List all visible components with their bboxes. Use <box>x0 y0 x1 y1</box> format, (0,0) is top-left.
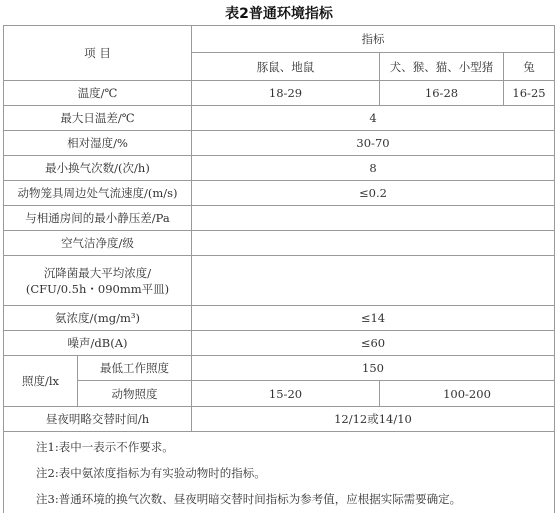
table-row-noise: 噪声/dB(A) ≤60 <box>4 331 555 356</box>
cell-value: 15-20 <box>192 381 380 407</box>
cell-value: 8 <box>192 156 555 181</box>
note-1: 注1:表中一表示不作要求。 <box>4 434 554 460</box>
row-label: 空气洁净度/级 <box>4 231 192 256</box>
note-2: 注2:表中氨浓度指标为有实验动物时的指标。 <box>4 460 554 486</box>
table-row-relative-humidity: 相对湿度/% 30-70 <box>4 131 555 156</box>
table-title: 表2普通环境指标 <box>0 4 558 24</box>
notes-row: 注1:表中一表示不作要求。 注2:表中氨浓度指标为有实验动物时的指标。 注3:普… <box>4 432 555 513</box>
row-label: 动物笼具周边处气流速度/(m/s) <box>4 181 192 206</box>
table-row-day-night-cycle: 昼夜明略交替时间/h 12/12或14/10 <box>4 407 555 432</box>
row-label-line-1: 沉降菌最大平均浓度/ <box>4 265 191 281</box>
table-row-air-cleanliness: 空气洁净度/级 <box>4 231 555 256</box>
table-row-illuminance-min-work: 照度/lx 最低工作照度 150 <box>4 356 555 381</box>
table-row-min-air-changes: 最小换气次数/(次/h) 8 <box>4 156 555 181</box>
cell-value: ≤0.2 <box>192 181 555 206</box>
table-row-min-static-pressure-diff: 与相通房间的最小静压差/Pa <box>4 206 555 231</box>
column-header-dog-monkey-cat-pig: 犬、猴、猫、小型猪 <box>380 53 504 81</box>
cell-value: 150 <box>192 356 555 381</box>
table-row-max-daily-temp-diff: 最大日温差/℃ 4 <box>4 106 555 131</box>
item-header: 项 目 <box>4 26 192 81</box>
note-3: 注3:普通环境的换气次数、昼夜明暗交替时间指标为参考值，应根据实际需要确定。 <box>4 486 554 512</box>
cell-value: 4 <box>192 106 555 131</box>
indicator-group-header: 指标 <box>192 26 555 53</box>
illuminance-label: 照度/lx <box>4 356 78 407</box>
cell-value: 12/12或14/10 <box>192 407 555 432</box>
cell-value: 18-29 <box>192 81 380 106</box>
cell-value: 30-70 <box>192 131 555 156</box>
table-row-temperature: 温度/℃ 18-29 16-28 16-25 <box>4 81 555 106</box>
table-row-airflow-speed: 动物笼具周边处气流速度/(m/s) ≤0.2 <box>4 181 555 206</box>
row-label: 昼夜明略交替时间/h <box>4 407 192 432</box>
row-label: 温度/℃ <box>4 81 192 106</box>
row-label: 相对湿度/% <box>4 131 192 156</box>
cell-value: ≤14 <box>192 306 555 331</box>
cell-value <box>192 206 555 231</box>
row-label: 与相通房间的最小静压差/Pa <box>4 206 192 231</box>
notes-cell: 注1:表中一表示不作要求。 注2:表中氨浓度指标为有实验动物时的指标。 注3:普… <box>4 432 555 513</box>
row-label: 最小换气次数/(次/h) <box>4 156 192 181</box>
row-label: 噪声/dB(A) <box>4 331 192 356</box>
cell-value: 100-200 <box>380 381 555 407</box>
row-label-line-2: (CFU/0.5h・090mm平皿) <box>4 281 191 297</box>
column-header-guinea-pig-hamster: 豚鼠、地鼠 <box>192 53 380 81</box>
cell-value <box>192 256 555 306</box>
column-header-rabbit: 兔 <box>504 53 555 81</box>
cell-value <box>192 231 555 256</box>
row-sublabel: 最低工作照度 <box>78 356 192 381</box>
table-row-ammonia: 氨浓度/(mg/m³) ≤14 <box>4 306 555 331</box>
table-row-illuminance-animal: 动物照度 15-20 100-200 <box>4 381 555 407</box>
cell-value: 16-28 <box>380 81 504 106</box>
environment-spec-table: 项 目 指标 豚鼠、地鼠 犬、猴、猫、小型猪 兔 温度/℃ 18-29 16-2… <box>3 25 555 513</box>
cell-value: 16-25 <box>504 81 555 106</box>
table-row-settling-bacteria: 沉降菌最大平均浓度/ (CFU/0.5h・090mm平皿) <box>4 256 555 306</box>
row-label: 沉降菌最大平均浓度/ (CFU/0.5h・090mm平皿) <box>4 256 192 306</box>
row-label: 最大日温差/℃ <box>4 106 192 131</box>
cell-value: ≤60 <box>192 331 555 356</box>
header-row-1: 项 目 指标 <box>4 26 555 53</box>
row-label: 氨浓度/(mg/m³) <box>4 306 192 331</box>
row-sublabel: 动物照度 <box>78 381 192 407</box>
